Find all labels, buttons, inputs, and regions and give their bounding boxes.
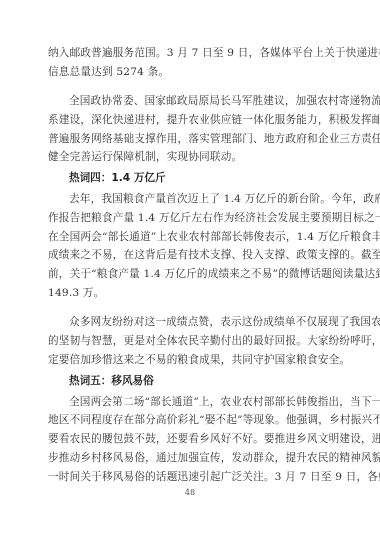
text-line: 信息总量达到 5274 条。 <box>48 63 331 82</box>
paragraph: 众多网友纷纷对这一成绩点赞，表示这份成绩单不仅展现了我国农业 的坚韧与智慧，更是… <box>48 313 331 369</box>
text-line: 的坚韧与智慧，更是对全体农民辛勤付出的最好回报。大家纷纷呼吁，一 <box>48 332 331 351</box>
paragraph-continued: 纳入邮政普遍服务范围。3 月 7 日至 9 日，各媒体平台上关于快递进村的 信息… <box>48 44 331 82</box>
text-line: 前，关于“粮食产量 1.4 万亿斤的成绩来之不易”的微博话题阅读量达到 <box>48 265 331 284</box>
text-line: 全国政协常委、国家邮政局原局长马军胜建议，加强农村寄递物流体 <box>48 92 331 111</box>
text-line: 作报告把粮食产量 1.4 万亿斤左右作为经济社会发展主要预期目标之一。 <box>48 209 331 228</box>
text-line: 普遍服务网络基础支撑作用，落实管理部门、地方政府和企业三方责任， <box>48 130 331 149</box>
paragraph: 去年，我国粮食产量首次迈上了 1.4 万亿斤的新台阶。今年，政府工 作报告把粮食… <box>48 190 331 303</box>
text-line: 众多网友纷纷对这一成绩点赞，表示这份成绩单不仅展现了我国农业 <box>48 313 331 332</box>
text-line: 149.3 万。 <box>48 284 331 303</box>
section-heading: 热词五：移风易俗 <box>48 372 331 391</box>
text-line: 去年，我国粮食产量首次迈上了 1.4 万亿斤的新台阶。今年，政府工 <box>48 190 331 209</box>
text-line: 定要倍加珍惜这来之不易的粮食成果，共同守护国家粮食安全。 <box>48 351 331 370</box>
text-line: 系建设，深化快递进村，提升农业供应链一体化服务能力，积极发挥邮政 <box>48 111 331 130</box>
text-line: 纳入邮政普遍服务范围。3 月 7 日至 9 日，各媒体平台上关于快递进村的 <box>48 44 331 63</box>
section-heading: 热词四：1.4 万亿斤 <box>48 169 331 188</box>
text-line: 一时间关于移风易俗的话题迅速引起广泛关注。3 月 7 日至 9 日，各媒体 <box>48 468 331 487</box>
text-line: 地区不同程度存在部分高价彩礼“娶不起”等现象。他强调，乡村振兴不仅 <box>48 411 331 430</box>
paragraph: 全国政协常委、国家邮政局原局长马军胜建议，加强农村寄递物流体 系建设，深化快递进… <box>48 92 331 167</box>
page-number: 48 <box>0 488 380 497</box>
text-line: 健全完善运行保障机制，实现协同联动。 <box>48 148 331 167</box>
text-line: 要看农民的腰包鼓不鼓，还要看乡风好不好。要推进乡风文明建设，进一 <box>48 430 331 449</box>
document-page: 纳入邮政普遍服务范围。3 月 7 日至 9 日，各媒体平台上关于快递进村的 信息… <box>48 44 331 487</box>
paragraph: 全国两会第二场“部长通道”上，农业农村部部长韩俊指出，当下一些 地区不同程度存在… <box>48 393 331 487</box>
text-line: 成绩来之不易，在这背后是有技术支撑、投入支撑、政策支撑的。截至目 <box>48 246 331 265</box>
text-line: 在全国两会“部长通道”上农业农村部部长韩俊表示，1.4 万亿斤粮食丰收 <box>48 228 331 247</box>
text-line: 全国两会第二场“部长通道”上，农业农村部部长韩俊指出，当下一些 <box>48 393 331 412</box>
text-line: 步推动乡村移风易俗，通过加强宣传，发动群众，提升农民的精神风貌。 <box>48 449 331 468</box>
